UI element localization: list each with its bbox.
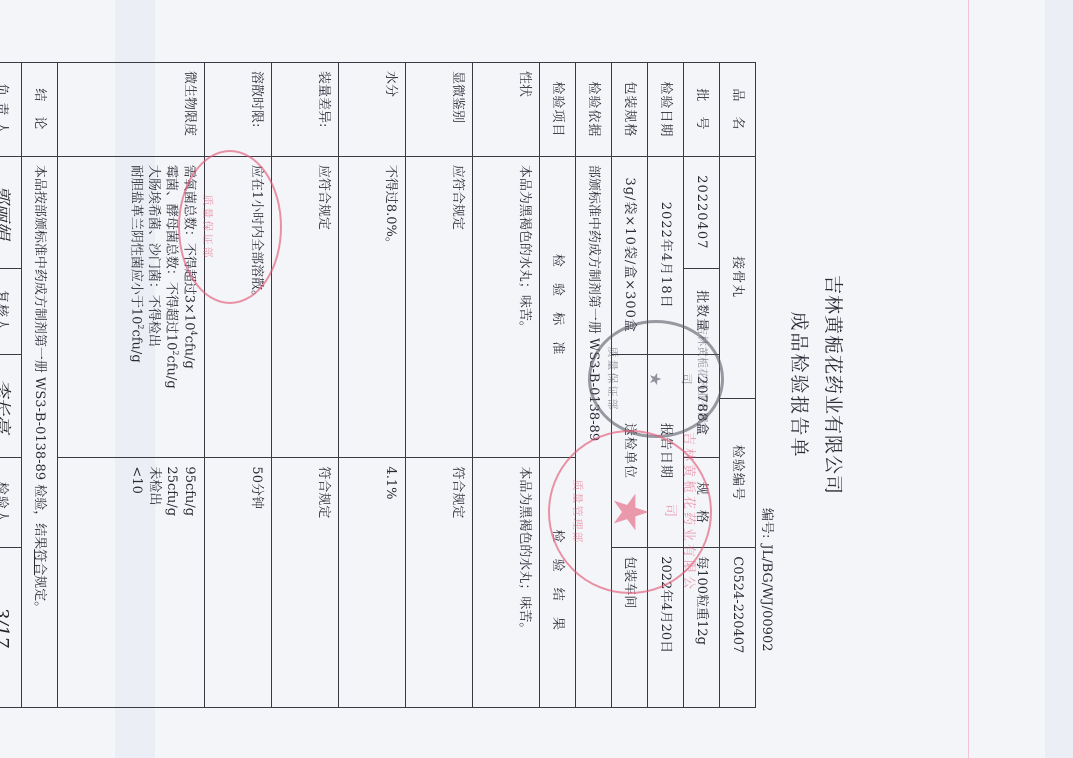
product-name-label: 品 名 (720, 63, 756, 157)
test-number-label: 检验编号 (720, 398, 756, 548)
test-item: 性状 (473, 63, 540, 157)
responsible-label: 负 责 人 (0, 63, 22, 157)
test-standard: 本品为黑褐色的水丸；味苦。 (473, 156, 540, 458)
microbial-result-line: <10 (128, 466, 146, 699)
microbial-standard-line: 需氧菌总数：不得超过3×104cfu/g (180, 165, 198, 450)
signature-row: 负 责 人 郭丽娟 复核人 李长亮 检验人 3/17 (0, 63, 22, 708)
microbial-standard-line: 耐胆盐革兰阴性菌应小于102cfu/g (127, 165, 145, 450)
test-result: 本品为黑褐色的水丸；味苦。 (473, 458, 540, 708)
test-result: 50分钟 (205, 458, 272, 708)
basis-label: 检验依据 (576, 63, 612, 157)
test-row-microbial: 微生物限度 需氧菌总数：不得超过3×104cfu/g 霉菌、酵母菌总数：不得超过… (58, 63, 205, 708)
report-title: 成品检验报告单 (787, 62, 814, 708)
test-standard: 不得过8.0%。 (339, 156, 406, 458)
batch-qty-label: 批数量 (684, 268, 720, 354)
column-header-row: 检验项目 检 验 标 准 检 验 结 果 (540, 63, 576, 708)
reviewer-signature: 李长亮 (0, 354, 22, 458)
conclusion-label: 结 论 (22, 63, 58, 157)
test-row: 显微鉴别 应符合规定 符合规定 (406, 63, 473, 708)
test-number-value: C0524-220407 (720, 548, 756, 708)
test-row: 性状 本品为黑褐色的水丸；味苦。 本品为黑褐色的水丸；味苦。 (473, 63, 540, 708)
report-table: 品 名 接骨丸 检验编号 C0524-220407 批 号 20220407 批… (0, 62, 756, 708)
package-label: 包装规格 (612, 63, 648, 157)
info-row-basis: 检验依据 部颁标准中药成方制剂第一册 WS3-B-0138-89 (576, 63, 612, 708)
conclusion-row: 结 论 本品按部颁标准中药成方制剂第一册 WS3-B-0138-89 检验，结果… (22, 63, 58, 708)
test-row: 装量差异: 应符合规定 符合规定 (272, 63, 339, 708)
microbial-results: 95cfu/g 25cfu/g 未检出 <10 (58, 458, 205, 708)
microbial-result-line: 未检出 (145, 466, 163, 699)
test-row: 水分 不得过8.0%。 4.1% (339, 63, 406, 708)
conclusion-verdict: 符合 (32, 549, 47, 575)
inspector-label: 检验人 (0, 458, 22, 548)
submitter-label: 送检单位 (612, 354, 648, 548)
report-date-value: 2022年4月20日 (648, 548, 684, 708)
report-date-label: 报告日期 (648, 354, 684, 548)
microbial-standard-line: 大肠埃希菌、沙门菌：不得检出 (145, 165, 163, 450)
product-name-value: 接骨丸 (720, 156, 756, 398)
test-item: 溶散时限: (205, 63, 272, 157)
test-date-value: 2022年4月18日 (648, 156, 684, 354)
scan-line (968, 0, 969, 758)
company-name: 吉林黄栀花药业有限公司 (821, 62, 848, 708)
batch-qty-value: 20788盒 (684, 354, 720, 458)
test-standard: 应在1小时内全部溶散。 (205, 156, 272, 458)
document-number: 编号:JL/BG/WJ/00902 (759, 502, 778, 651)
inspection-report-page: 吉林黄栀花药业有限公司 成品检验报告单 编号:JL/BG/WJ/00902 品 … (82, 62, 862, 708)
scan-shade (1045, 0, 1073, 758)
test-result: 符合规定 (406, 458, 473, 708)
col-standard-header: 检 验 标 准 (540, 156, 576, 458)
test-item: 微生物限度 (58, 63, 205, 157)
basis-value: 部颁标准中药成方制剂第一册 WS3-B-0138-89 (576, 156, 612, 707)
test-result: 4.1% (339, 458, 406, 708)
test-result: 符合规定 (272, 458, 339, 708)
inspector-signature: 3/17 (0, 548, 22, 708)
microbial-result-line: 95cfu/g (180, 466, 198, 699)
info-row-dates: 检验日期 2022年4月18日 报告日期 2022年4月20日 (648, 63, 684, 708)
microbial-standard-line: 霉菌、酵母菌总数：不得超过102cfu/g (162, 165, 180, 450)
test-row: 溶散时限: 应在1小时内全部溶散。 50分钟 (205, 63, 272, 708)
reviewer-label: 复核人 (0, 268, 22, 354)
info-row-batch: 批 号 20220407 批数量 20788盒 规 格 每100粒重12g (684, 63, 720, 708)
info-row-package: 包装规格 3g/袋×10袋/盒×300盒 送检单位 包装车间 (612, 63, 648, 708)
conclusion-text: 本品按部颁标准中药成方制剂第一册 WS3-B-0138-89 检验，结果符合规定… (22, 156, 58, 707)
info-row-product: 品 名 接骨丸 检验编号 C0524-220407 (720, 63, 756, 708)
test-date-label: 检验日期 (648, 63, 684, 157)
submitter-value: 包装车间 (612, 548, 648, 708)
test-item: 水分 (339, 63, 406, 157)
test-standard: 应符合规定 (272, 156, 339, 458)
batch-label: 批 号 (684, 63, 720, 157)
responsible-signature: 郭丽娟 (0, 156, 22, 268)
spec-value: 每100粒重12g (684, 548, 720, 708)
col-item-header: 检验项目 (540, 63, 576, 157)
package-value: 3g/袋×10袋/盒×300盒 (612, 156, 648, 354)
document-number-value: JL/BG/WJ/00902 (759, 544, 774, 651)
microbial-result-line: 25cfu/g (163, 466, 181, 699)
test-standard: 应符合规定 (406, 156, 473, 458)
microbial-standards: 需氧菌总数：不得超过3×104cfu/g 霉菌、酵母菌总数：不得超过102cfu… (58, 156, 205, 458)
test-item: 显微鉴别 (406, 63, 473, 157)
batch-value: 20220407 (684, 156, 720, 268)
spec-label: 规 格 (684, 458, 720, 548)
col-result-header: 检 验 结 果 (540, 458, 576, 708)
document-number-label: 编号: (759, 508, 774, 538)
test-item: 装量差异: (272, 63, 339, 157)
